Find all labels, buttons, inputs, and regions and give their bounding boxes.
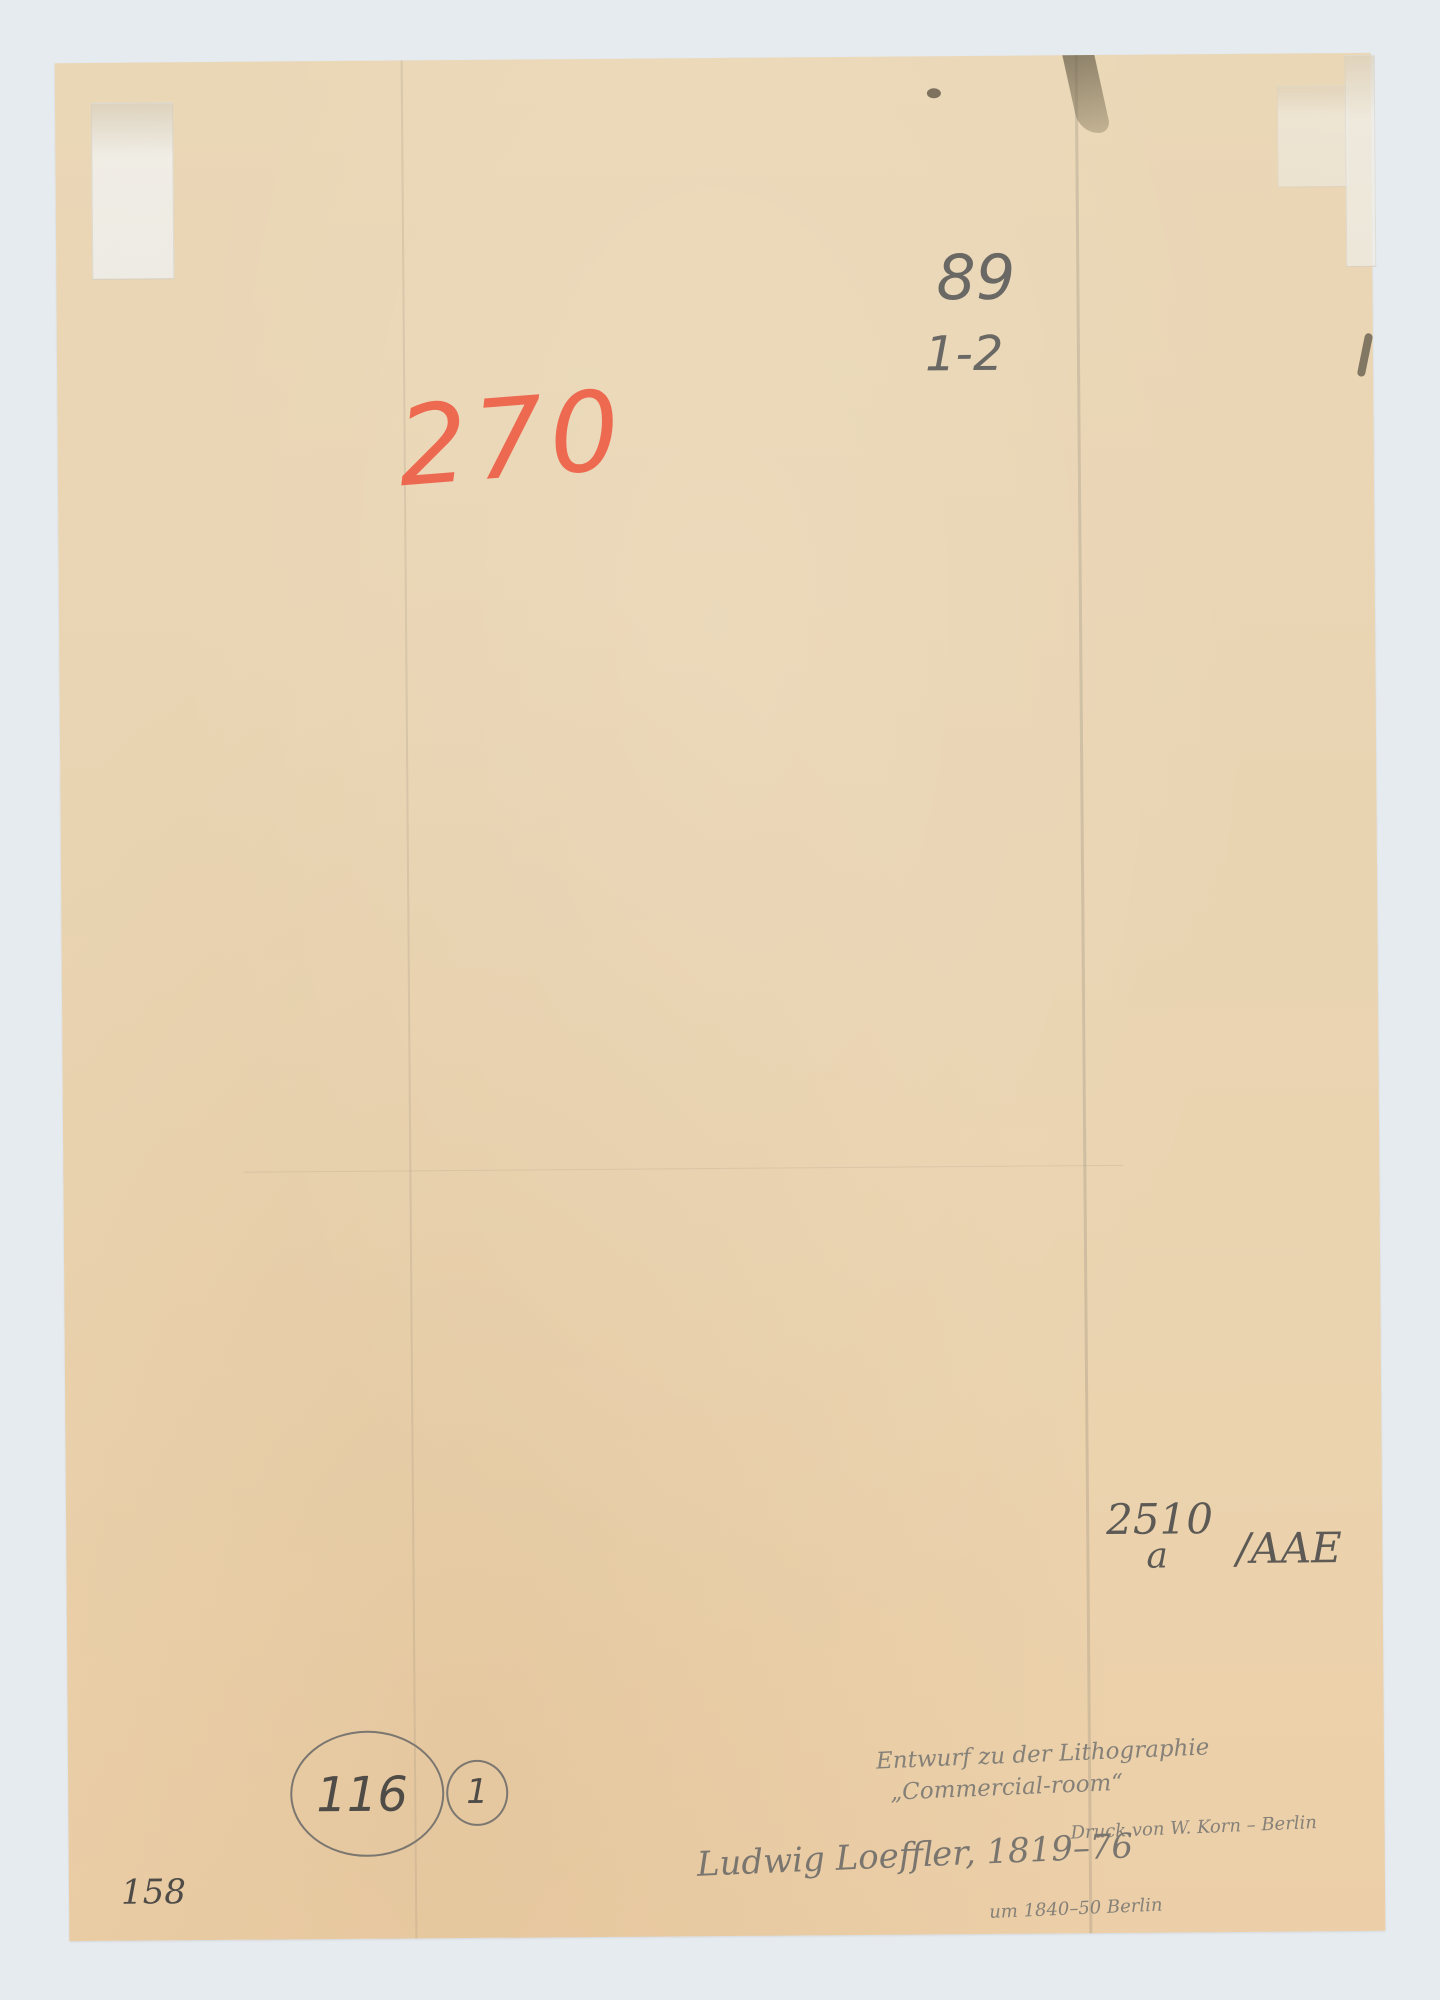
fold-line-left (401, 60, 418, 1938)
edge-mark (1357, 333, 1374, 378)
red-crayon-number: 270 (393, 366, 630, 511)
circled-number-1-text: 1 (466, 1772, 488, 1812)
tape-top-left (91, 102, 174, 280)
circled-number-116: 116 (290, 1730, 445, 1857)
inventory-number: 2510 a /AAE (1106, 1494, 1214, 1577)
pencil-number-1-2: 1-2 (925, 326, 1004, 383)
pencil-number-89: 89 (936, 241, 1015, 315)
ink-spot (927, 88, 941, 98)
paper-sheet: 270 89 1-2 2510 a /AAE 116 1 158 Entwurf… (55, 53, 1386, 1941)
circled-number-1: 1 (446, 1760, 509, 1826)
tape-right-edge (1345, 55, 1377, 267)
fold-line-right (1075, 55, 1093, 1933)
circled-number-116-text: 116 (316, 1766, 408, 1823)
caption-line-5: um 1840–50 Berlin (989, 1892, 1163, 1927)
caption-line-1: Entwurf zu der Lithographie (876, 1733, 1210, 1775)
tape-top-right (1277, 85, 1350, 188)
ink-stain (1062, 55, 1111, 133)
horizontal-crease (243, 1165, 1123, 1173)
pencil-number-158: 158 (121, 1872, 186, 1913)
caption-line-4: Ludwig Loeffler, 1819–76 (696, 1832, 1133, 1879)
inventory-suffix: /AAE (1236, 1523, 1342, 1573)
